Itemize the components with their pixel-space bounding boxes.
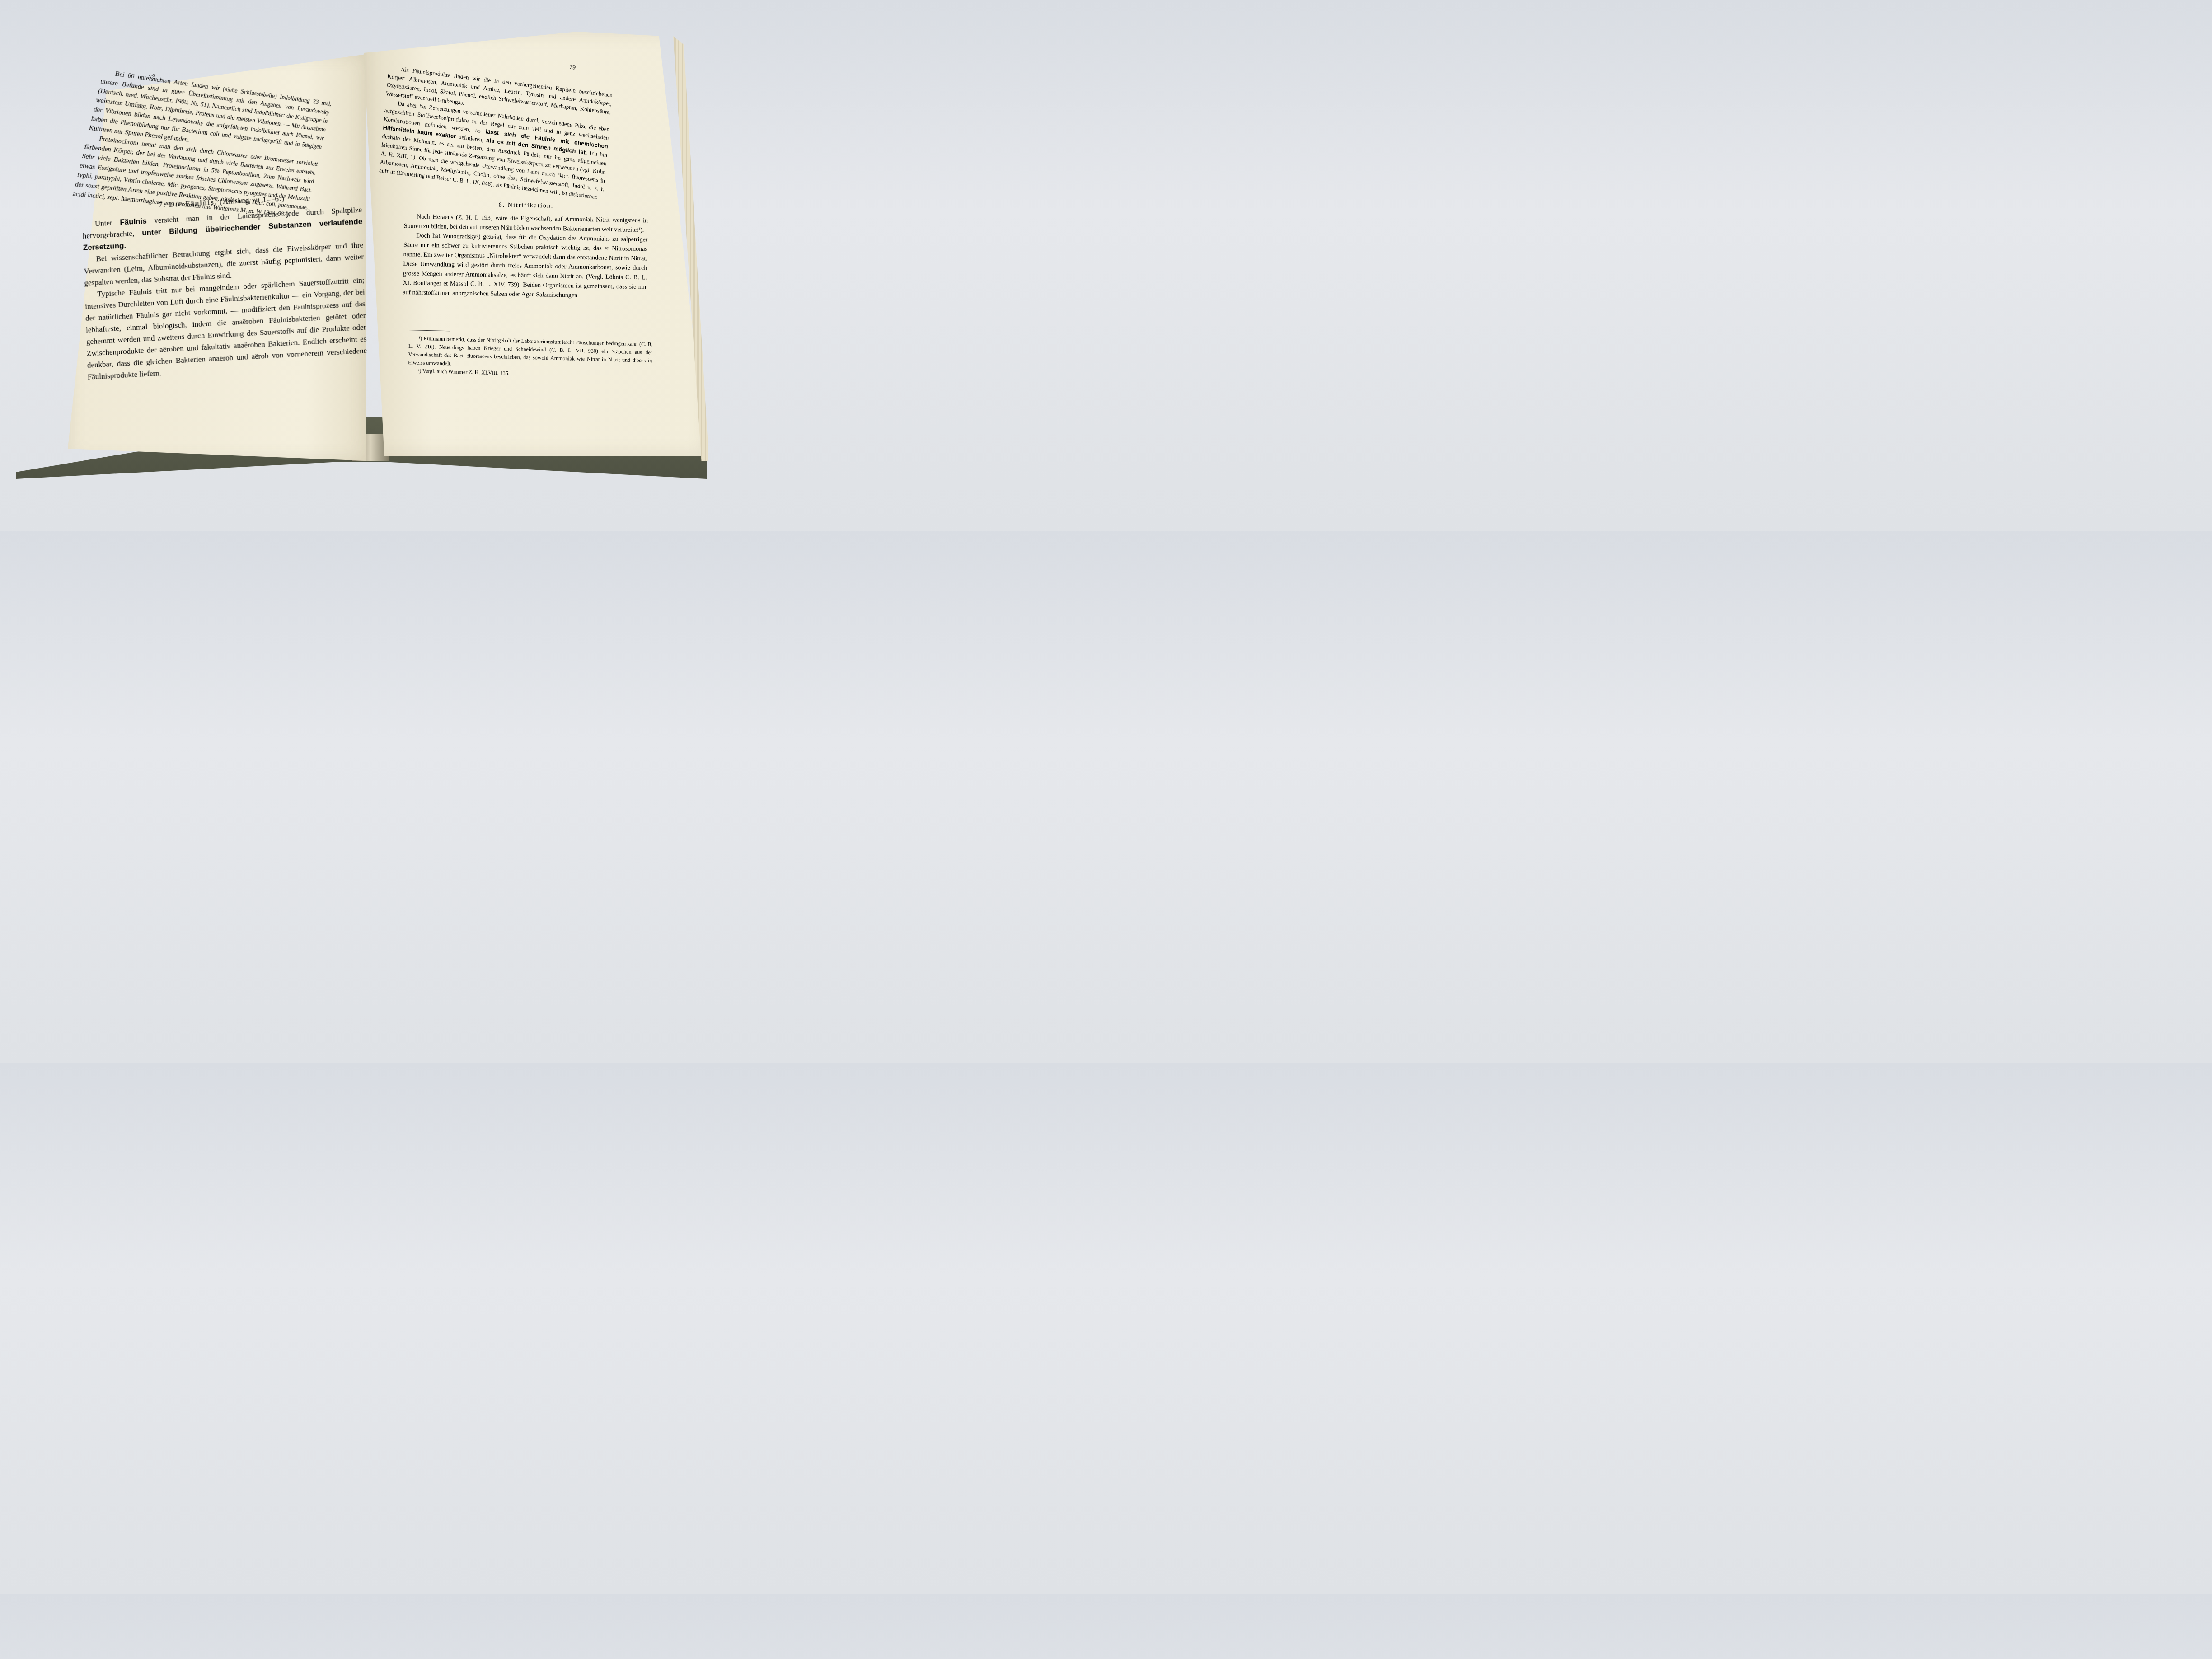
footnotes: ¹) Rullmann bemerkt, dass der Nitritgeha… — [408, 330, 652, 381]
bold-term: Fäulnis — [120, 216, 147, 226]
right-page-lower-text: 8. Nitrifikation. Nach Heraeus (Z. H. I.… — [403, 194, 648, 301]
paragraph-winogradsky: Doch hat Winogradsky²) gezeigt, dass für… — [403, 231, 647, 301]
section-subheading: (Anhang zu 1—6.) — [220, 194, 285, 206]
paragraph-typische-faeulnis: Typische Fäulnis tritt nur bei mangelnde… — [84, 274, 368, 383]
left-page-lower-text: 7. Die Fäulnis. (Anhang zu 1—6.) Unter F… — [81, 184, 367, 383]
page-number-right: 79 — [569, 64, 576, 71]
section-heading-nitrifikation: 8. Nitrifikation. — [404, 199, 648, 212]
